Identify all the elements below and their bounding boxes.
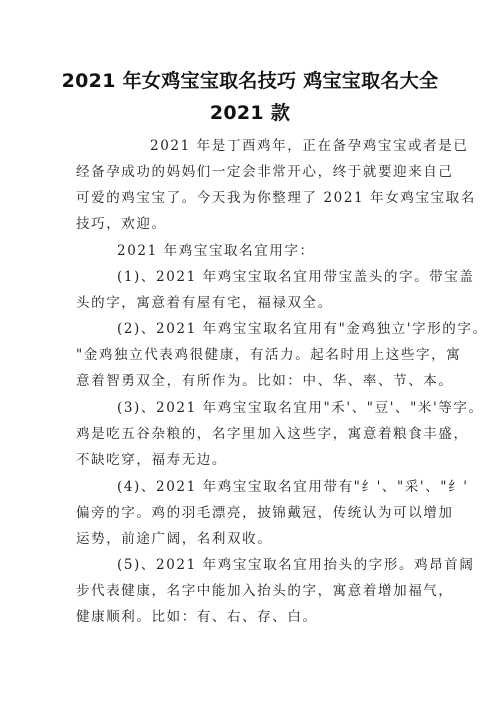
body-line: 鸡是吃五谷杂粮的，名字里加入这些字，寓意着粮食丰盛，	[76, 425, 469, 443]
body-line: 技巧，欢迎。	[76, 215, 167, 233]
document-title-line-1: 2021 年女鸡宝宝取名技巧 鸡宝宝取名大全	[0, 66, 500, 93]
section-heading: 2021 年鸡宝宝取名宜用字：	[117, 242, 315, 260]
body-line: 经备孕成功的妈妈们一定会非常开心，终于就要迎来自己	[76, 163, 454, 181]
body-line: 健康顺利。比如：有、右、存、白。	[76, 608, 318, 626]
document-title-line-2: 2021 款	[0, 98, 500, 125]
body-line: 意着智勇双全，有所作为。比如：中、华、率、节、本。	[76, 372, 454, 390]
body-line: (5)、2021 年鸡宝宝取名宜用抬头的字形。鸡昂首阔	[117, 556, 474, 574]
body-line: 可爱的鸡宝宝了。今天我为你整理了 2021 年女鸡宝宝取名	[76, 189, 476, 207]
body-line: (1)、2021 年鸡宝宝取名宜用带宝盖头的字。带宝盖	[117, 268, 474, 286]
body-line: 步代表健康，名字中能加入抬头的字，寓意着增加福气，	[76, 582, 454, 600]
body-line: (4)、2021 年鸡宝宝取名宜用带有"纟'、"采'、"纟'	[117, 478, 469, 496]
body-line: 2021 年是丁酉鸡年，正在备孕鸡宝宝或者是已	[150, 137, 468, 155]
body-line: (2)、2021 年鸡宝宝取名宜用有"金鸡独立'字形的字。	[117, 320, 488, 338]
body-line: 头的字，寓意着有屋有宅，福禄双全。	[76, 294, 333, 312]
body-line: 不缺吃穿，福寿无边。	[76, 451, 227, 469]
body-line: 偏旁的字。鸡的羽毛漂亮，披锦戴冠，传统认为可以增加	[76, 504, 454, 522]
body-line: (3)、2021 年鸡宝宝取名宜用"禾'、"豆'、"米'等字。	[117, 399, 484, 417]
body-line: "金鸡独立代表鸡很健康，有活力。起名时用上这些字，寓	[76, 346, 461, 364]
body-line: 运势，前途广阔，名利双收。	[76, 530, 272, 548]
